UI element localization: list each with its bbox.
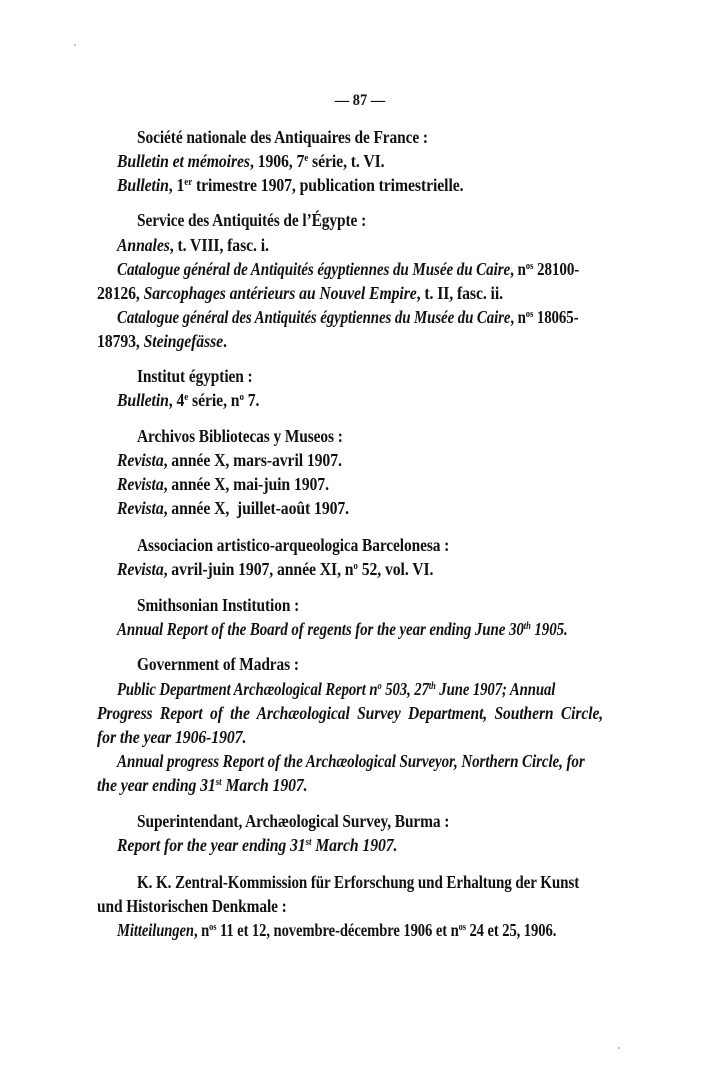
section-heading: Associacion artistico-arqueologica Barce… (137, 534, 449, 556)
entry-title: Catalogue général de Antiquités égyptien… (117, 259, 510, 279)
entry: Public Department Archæological Report n… (117, 678, 555, 700)
entry-title: Catalogue général des Antiquités égyptie… (117, 307, 510, 327)
document-page: — 87 — Société nationale des Antiquaires… (0, 0, 720, 1079)
section-heading: Government of Madras : (137, 653, 299, 675)
section-heading-continuation: und Historischen Denkmale : (97, 895, 287, 917)
entry: Mitteilungen, nos 11 et 12, novembre-déc… (117, 919, 556, 941)
entry: Bulletin et mémoires, 1906, 7e série, t.… (117, 150, 385, 172)
entry-title: Bulletin (117, 175, 169, 195)
section-heading: Archivos Bibliotecas y Museos : (137, 425, 343, 447)
entry: Revista, année X, mai-juin 1907. (117, 473, 329, 495)
section-heading: Service des Antiquités de l’Égypte : (137, 209, 366, 231)
entry-title: Revista (117, 450, 164, 470)
entry-continuation: 28126, Sarcophages antérieurs au Nouvel … (97, 282, 503, 304)
entry-continuation: the year ending 31st March 1907. (97, 774, 308, 796)
entry-title: Bulletin et mémoires (117, 151, 250, 171)
entry-title: Annales (117, 235, 170, 255)
section-heading: Société nationale des Antiquaires de Fra… (137, 126, 428, 148)
entry-title: Revista (117, 559, 164, 579)
page-number: — 87 — (36, 92, 684, 110)
section-heading: Institut égyptien : (137, 365, 253, 387)
entry-title: Revista (117, 498, 164, 518)
entry: Annales, t. VIII, fasc. i. (117, 234, 269, 256)
section-heading: Smithsonian Institution : (137, 594, 299, 616)
scan-speck (74, 44, 76, 46)
entry-title: Revista (117, 474, 164, 494)
entry: Revista, année X, mars-avril 1907. (117, 449, 342, 471)
entry: Report for the year ending 31st March 19… (117, 834, 397, 856)
entry: Revista, année X, juillet-août 1907. (117, 497, 349, 519)
entry: Catalogue général des Antiquités égyptie… (117, 306, 578, 328)
entry-continuation: 18793, Steingefässe. (97, 330, 227, 352)
section-heading: K. K. Zentral-Kommission für Erforschung… (137, 871, 579, 893)
entry: Bulletin, 4e série, no 7. (117, 389, 259, 411)
entry-title: Mitteilungen (117, 920, 194, 940)
section-heading: Superintendant, Archæological Survey, Bu… (137, 810, 449, 832)
entry-continuation: Progress Report of the Archæological Sur… (97, 702, 603, 724)
entry: Revista, avril-juin 1907, année XI, no 5… (117, 558, 433, 580)
entry: Catalogue général de Antiquités égyptien… (117, 258, 579, 280)
scan-speck (618, 1047, 620, 1049)
entry: Annual Report of the Board of regents fo… (117, 618, 568, 640)
entry: Annual progress Report of the Archæologi… (117, 750, 585, 772)
entry: Bulletin, 1er trimestre 1907, publicatio… (117, 174, 464, 196)
entry-title: Bulletin (117, 390, 169, 410)
entry-continuation: for the year 1906-1907. (97, 726, 246, 748)
